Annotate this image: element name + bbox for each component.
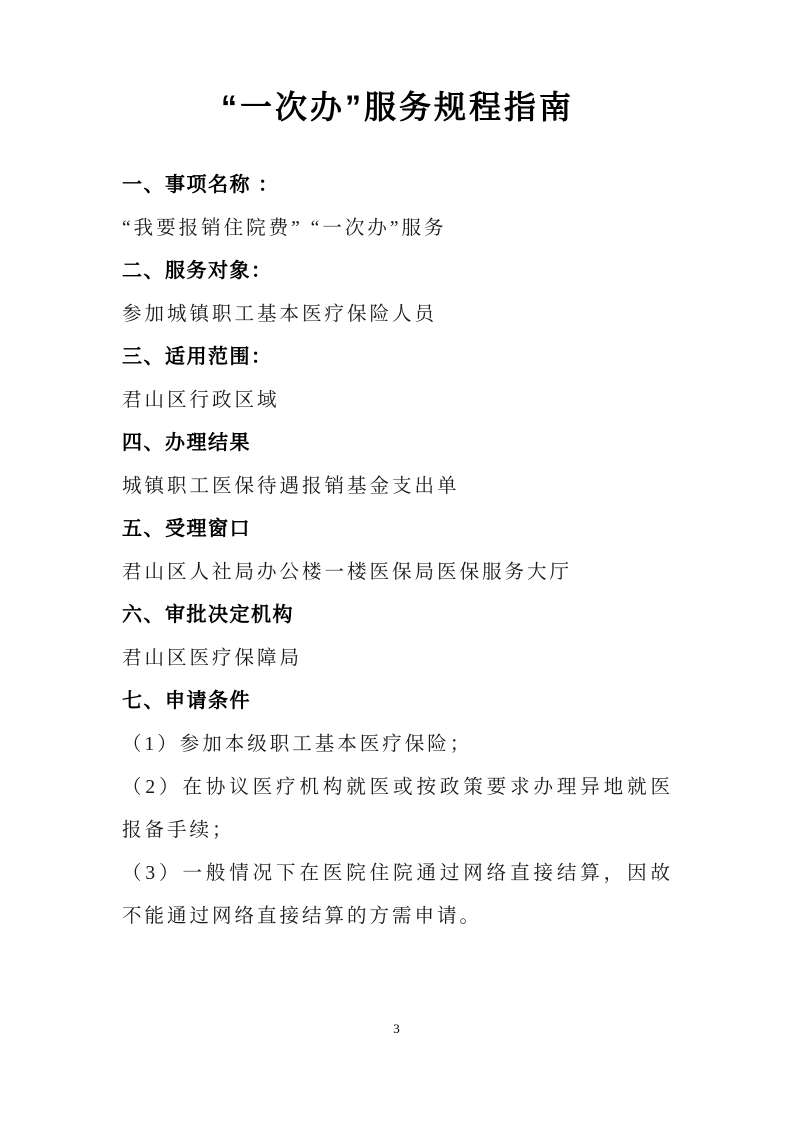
section-acceptance-window: 五、受理窗口 君山区人社局办公楼一楼医保局医保服务大厅	[122, 508, 673, 594]
section-item-name: 一、事项名称 ： “我要报销住院费” “一次办”服务	[122, 164, 673, 250]
section-heading: 二、服务对象：	[122, 250, 673, 293]
page-footer: 3	[0, 1020, 793, 1038]
document-page: “一次办”服务规程指南 一、事项名称 ： “我要报销住院费” “一次办”服务 二…	[0, 0, 793, 1122]
section-applicable-scope: 三、适用范围： 君山区行政区域	[122, 336, 673, 422]
document-content: 一、事项名称 ： “我要报销住院费” “一次办”服务 二、服务对象： 参加城镇职…	[122, 164, 673, 938]
document-title: “一次办”服务规程指南	[122, 82, 673, 132]
section-paragraph: “我要报销住院费” “一次办”服务	[122, 207, 673, 250]
section-approval-authority: 六、审批决定机构 君山区医疗保障局	[122, 594, 673, 680]
section-heading: 四、办理结果	[122, 422, 673, 465]
section-paragraph: 君山区行政区域	[122, 379, 673, 422]
section-heading: 五、受理窗口	[122, 508, 673, 551]
section-heading: 一、事项名称 ：	[122, 164, 673, 207]
page-number: 3	[393, 1021, 400, 1036]
section-service-target: 二、服务对象： 参加城镇职工基本医疗保险人员	[122, 250, 673, 336]
section-paragraph: 城镇职工医保待遇报销基金支出单	[122, 465, 673, 508]
section-paragraph: 君山区医疗保障局	[122, 637, 673, 680]
section-paragraph: 君山区人社局办公楼一楼医保局医保服务大厅	[122, 551, 673, 594]
section-application-conditions: 七、申请条件 （1）参加本级职工基本医疗保险； （2）在协议医疗机构就医或按政策…	[122, 680, 673, 938]
section-heading: 六、审批决定机构	[122, 594, 673, 637]
section-paragraph: 参加城镇职工基本医疗保险人员	[122, 293, 673, 336]
section-paragraph: （1）参加本级职工基本医疗保险；	[122, 723, 673, 766]
section-paragraph: （3）一般情况下在医院住院通过网络直接结算，因故不能通过网络直接结算的方需申请。	[122, 852, 673, 938]
section-heading: 三、适用范围：	[122, 336, 673, 379]
section-heading: 七、申请条件	[122, 680, 673, 723]
section-paragraph: （2）在协议医疗机构就医或按政策要求办理异地就医报备手续；	[122, 766, 673, 852]
section-handling-result: 四、办理结果 城镇职工医保待遇报销基金支出单	[122, 422, 673, 508]
